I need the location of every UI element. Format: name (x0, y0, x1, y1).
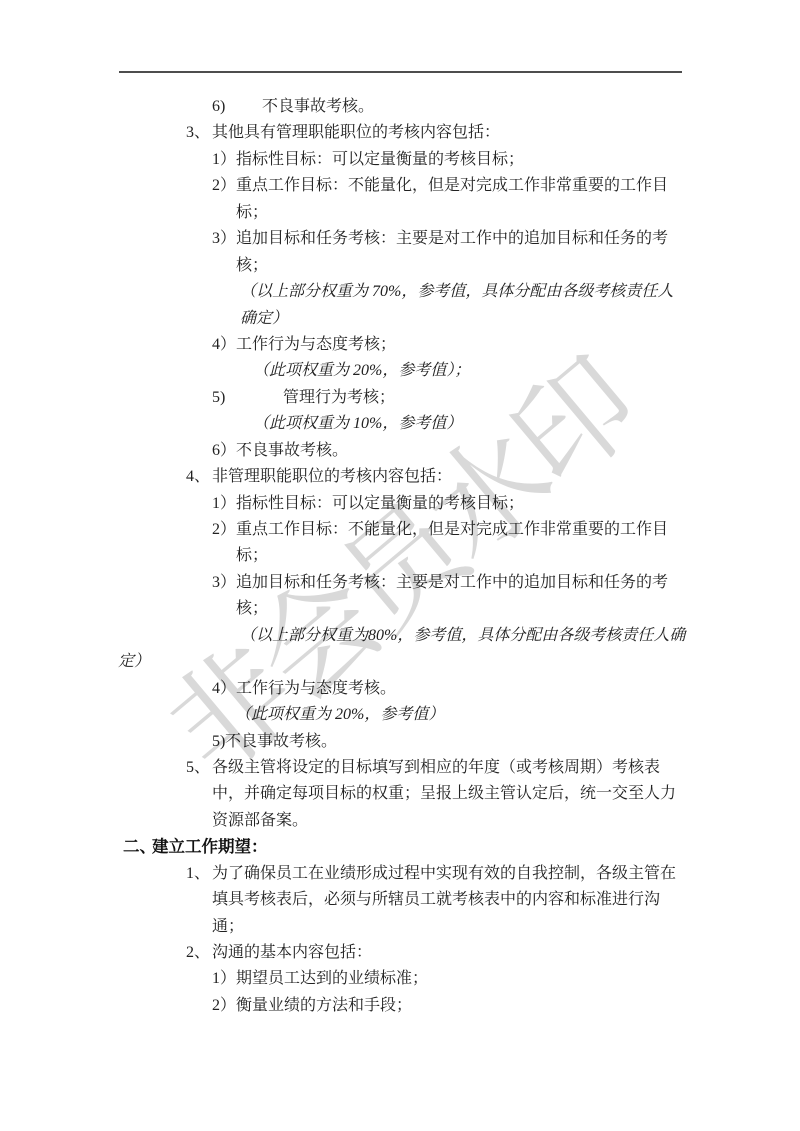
text-line: 1）指标性目标：可以定量衡量的考核目标； (0, 147, 800, 173)
text-line: 3）追加目标和任务考核：主要是对工作中的追加目标和任务的考 (0, 570, 800, 596)
text-line: 2）重点工作目标：不能量化，但是对完成工作非常重要的工作目 (0, 173, 800, 199)
text-line: 核； (0, 596, 800, 622)
text-line: 定） (0, 649, 800, 675)
line-text: 确定） (0, 306, 800, 332)
text-line: 3、其他具有管理职能职位的考核内容包括： (0, 120, 800, 146)
list-marker: 4） (212, 332, 236, 358)
list-marker: 3） (212, 226, 236, 252)
text-line: 1）指标性目标：可以定量衡量的考核目标； (0, 491, 800, 517)
list-marker: 2、 (186, 940, 210, 966)
line-text: 追加目标和任务考核：主要是对工作中的追加目标和任务的考 (0, 226, 800, 252)
line-text: 期望员工达到的业绩标准； (0, 966, 800, 992)
list-marker: 1、 (186, 861, 210, 887)
text-line: 通； (0, 914, 800, 940)
list-marker: 3） (212, 570, 236, 596)
list-marker: 5、 (186, 755, 210, 781)
line-text: （以上部分权重为80%，参考值，具体分配由各级考核责任人确 (0, 623, 800, 649)
line-text: 标； (0, 200, 800, 226)
text-line: 4、非管理职能职位的考核内容包括： (0, 464, 800, 490)
list-marker: 4） (212, 676, 236, 702)
line-text: （此项权重为 10%，参考值） (0, 411, 800, 437)
document-body: 6)不良事故考核。3、其他具有管理职能职位的考核内容包括：1）指标性目标：可以定… (0, 94, 800, 1019)
list-marker: 4、 (186, 464, 210, 490)
text-line: 二、建立工作期望： (0, 834, 800, 860)
line-text: 各级主管将设定的目标填写到相应的年度（或考核周期）考核表 (0, 755, 800, 781)
list-marker: 2） (212, 173, 236, 199)
line-text: 指标性目标：可以定量衡量的考核目标； (0, 147, 800, 173)
line-text: 标； (0, 543, 800, 569)
list-marker: 2） (212, 517, 236, 543)
line-text: 沟通的基本内容包括： (0, 940, 800, 966)
header-rule (119, 71, 682, 73)
line-text: 衡量业绩的方法和手段； (0, 993, 800, 1019)
line-text: 非管理职能职位的考核内容包括： (0, 464, 800, 490)
text-line: 5)管理行为考核； (0, 385, 800, 411)
line-text: 核； (0, 596, 800, 622)
text-line: 核； (0, 253, 800, 279)
list-marker: 2） (212, 993, 236, 1019)
text-line: 4）工作行为与态度考核。 (0, 676, 800, 702)
text-line: 2、沟通的基本内容包括： (0, 940, 800, 966)
list-marker: 3、 (186, 120, 210, 146)
line-text: 重点工作目标：不能量化，但是对完成工作非常重要的工作目 (0, 517, 800, 543)
list-marker: 1） (212, 491, 236, 517)
line-text: （以上部分权重为 70%，参考值，具体分配由各级考核责任人 (0, 279, 800, 305)
line-text: 工作行为与态度考核。 (0, 676, 800, 702)
list-marker: 6） (212, 438, 236, 464)
text-line: 6)不良事故考核。 (0, 94, 800, 120)
line-text: 指标性目标：可以定量衡量的考核目标； (0, 491, 800, 517)
text-line: 2）衡量业绩的方法和手段； (0, 993, 800, 1019)
line-text: 中，并确定每项目标的权重；呈报上级主管认定后，统一交至人力 (0, 781, 800, 807)
line-text: 为了确保员工在业绩形成过程中实现有效的自我控制，各级主管在 (0, 861, 800, 887)
text-line: 1、为了确保员工在业绩形成过程中实现有效的自我控制，各级主管在 (0, 861, 800, 887)
text-line: 确定） (0, 306, 800, 332)
text-line: （以上部分权重为 70%，参考值，具体分配由各级考核责任人 (0, 279, 800, 305)
line-text: 通； (0, 914, 800, 940)
line-text: （此项权重为 20%，参考值）； (0, 358, 800, 384)
list-marker: 5) (212, 729, 225, 755)
line-text: 工作行为与态度考核； (0, 332, 800, 358)
text-line: 5)不良事故考核。 (0, 729, 800, 755)
line-text: 定） (0, 649, 800, 675)
line-text: 建立工作期望： (0, 834, 800, 860)
text-line: 3）追加目标和任务考核：主要是对工作中的追加目标和任务的考 (0, 226, 800, 252)
text-line: 6）不良事故考核。 (0, 438, 800, 464)
line-text: 填具考核表后，必须与所辖员工就考核表中的内容和标准进行沟 (0, 887, 800, 913)
text-line: 资源部备案。 (0, 808, 800, 834)
text-line: 标； (0, 200, 800, 226)
list-marker: 6) (212, 94, 225, 120)
line-text: 其他具有管理职能职位的考核内容包括： (0, 120, 800, 146)
list-marker: 5) (212, 385, 225, 411)
list-marker: 1） (212, 147, 236, 173)
text-line: （此项权重为 20%，参考值）； (0, 358, 800, 384)
line-text: 管理行为考核； (0, 385, 800, 411)
text-line: 4）工作行为与态度考核； (0, 332, 800, 358)
text-line: 5、各级主管将设定的目标填写到相应的年度（或考核周期）考核表 (0, 755, 800, 781)
text-line: 填具考核表后，必须与所辖员工就考核表中的内容和标准进行沟 (0, 887, 800, 913)
line-text: 不良事故考核。 (0, 94, 800, 120)
text-line: （此项权重为 10%，参考值） (0, 411, 800, 437)
text-line: 1）期望员工达到的业绩标准； (0, 966, 800, 992)
line-text: 资源部备案。 (0, 808, 800, 834)
document-page: 非会员水印 6)不良事故考核。3、其他具有管理职能职位的考核内容包括：1）指标性… (0, 0, 800, 1131)
text-line: （此项权重为 20%，参考值） (0, 702, 800, 728)
line-text: 核； (0, 253, 800, 279)
text-line: （以上部分权重为80%，参考值，具体分配由各级考核责任人确 (0, 623, 800, 649)
line-text: 不良事故考核。 (0, 729, 800, 755)
list-marker: 1） (212, 966, 236, 992)
text-line: 中，并确定每项目标的权重；呈报上级主管认定后，统一交至人力 (0, 781, 800, 807)
line-text: 重点工作目标：不能量化，但是对完成工作非常重要的工作目 (0, 173, 800, 199)
line-text: （此项权重为 20%，参考值） (0, 702, 800, 728)
text-line: 标； (0, 543, 800, 569)
line-text: 追加目标和任务考核：主要是对工作中的追加目标和任务的考 (0, 570, 800, 596)
list-marker: 二、 (123, 834, 156, 860)
line-text: 不良事故考核。 (0, 438, 800, 464)
text-line: 2）重点工作目标：不能量化，但是对完成工作非常重要的工作目 (0, 517, 800, 543)
